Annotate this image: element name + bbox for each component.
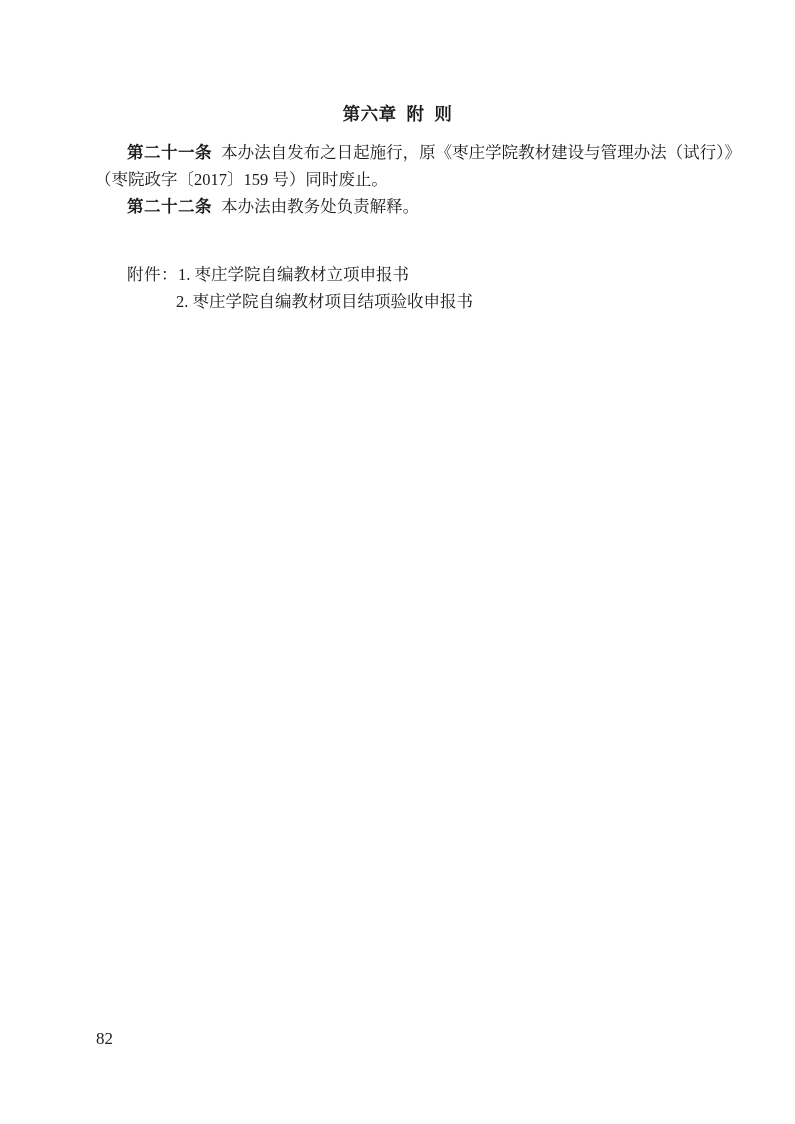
attachment-item-1: 1. 枣庄学院自编教材立项申报书 [178, 265, 409, 284]
page-number: 82 [96, 1029, 113, 1049]
article-22-line: 第二十二条本办法由教务处负责解释。 [95, 194, 709, 221]
article-21-term: 第二十一条 [127, 143, 212, 162]
article-22-term: 第二十二条 [127, 197, 212, 216]
chapter-heading: 第六章 附 则 [0, 101, 795, 126]
attachment-item-2: 2. 枣庄学院自编教材项目结项验收申报书 [176, 289, 473, 316]
article-21-line-2: （枣院政字〔2017〕159 号）同时废止。 [95, 167, 709, 194]
document-page: 第六章 附 则 第二十一条本办法自发布之日起施行，原《枣庄学院教材建设与管理办法… [0, 0, 795, 1124]
attachments-label: 附件： [127, 265, 178, 284]
attachments-block: 附件：1. 枣庄学院自编教材立项申报书 2. 枣庄学院自编教材项目结项验收申报书 [127, 262, 473, 315]
article-body: 第二十一条本办法自发布之日起施行，原《枣庄学院教材建设与管理办法（试行）》 （枣… [95, 140, 709, 220]
attachment-line-1: 附件：1. 枣庄学院自编教材立项申报书 [127, 262, 473, 289]
article-22-text: 本办法由教务处负责解释。 [221, 197, 419, 216]
article-21-text-part-1: 本办法自发布之日起施行，原《枣庄学院教材建设与管理办法（试行）》 [221, 143, 741, 162]
article-21-line-1: 第二十一条本办法自发布之日起施行，原《枣庄学院教材建设与管理办法（试行）》 [95, 140, 709, 167]
